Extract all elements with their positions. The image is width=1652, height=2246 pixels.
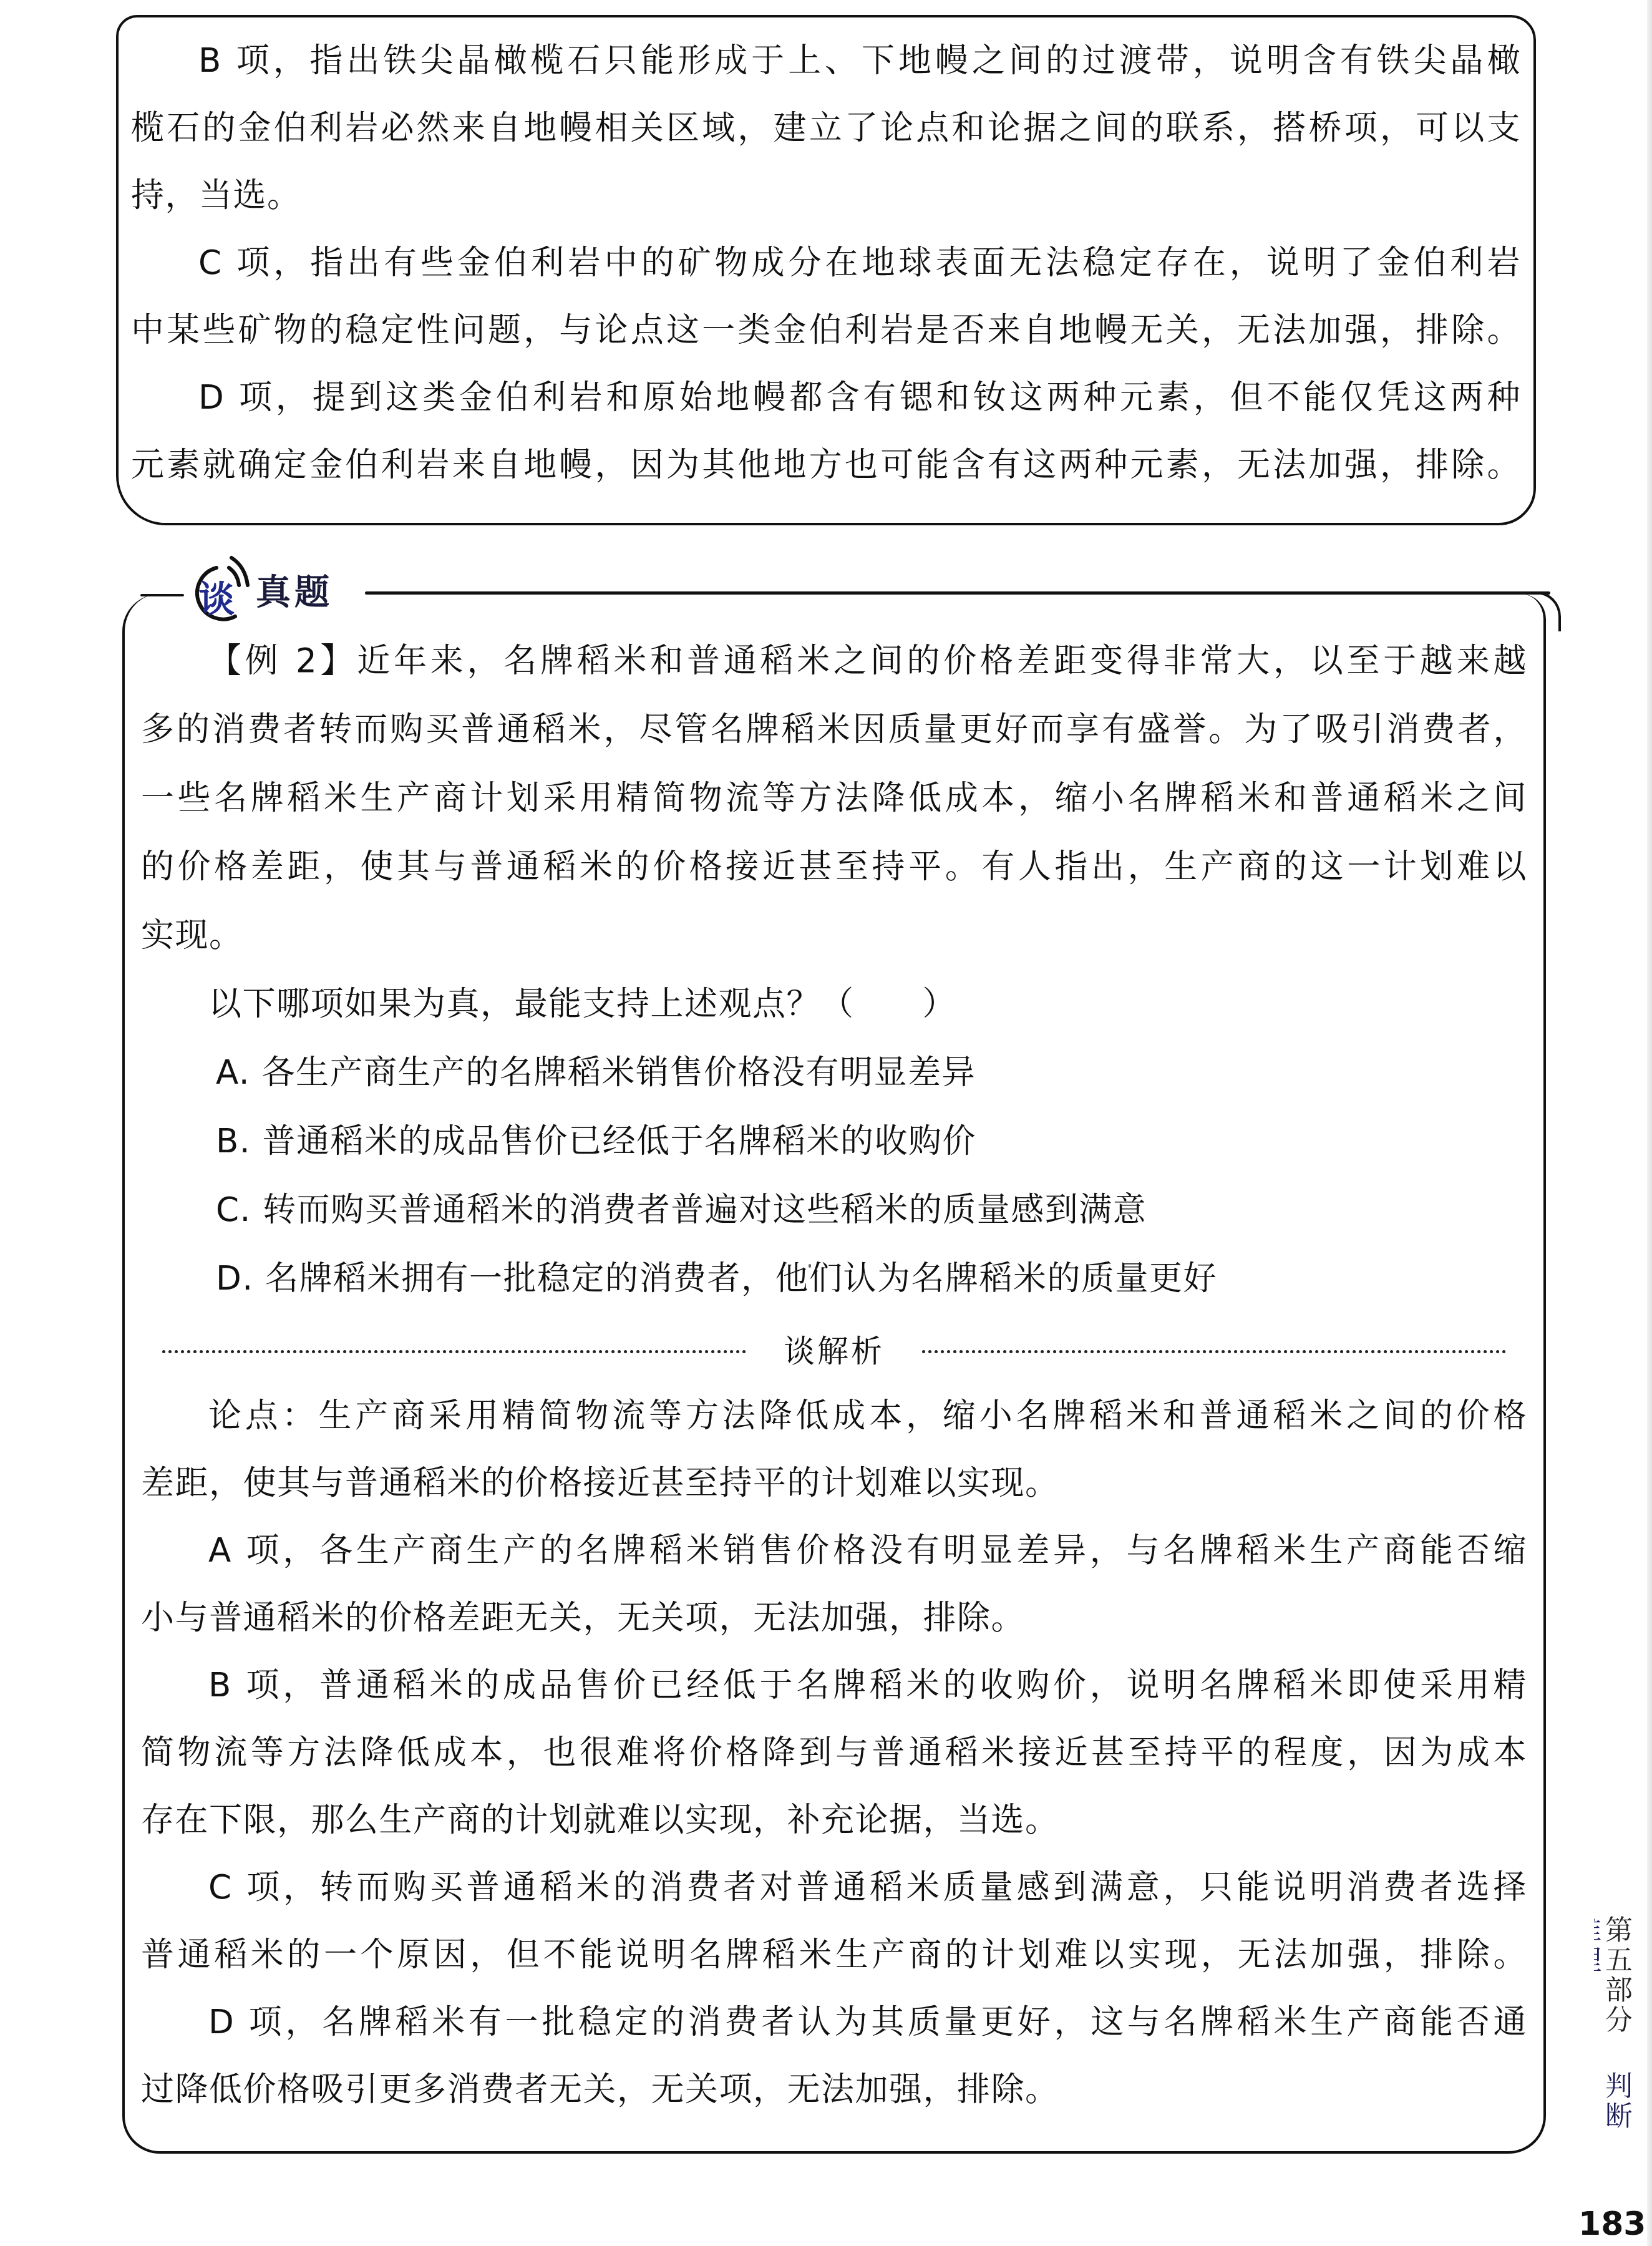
side-tab: 第五部分 判断推理 xyxy=(1594,1915,1631,2140)
stray-mark xyxy=(809,1264,811,1268)
analysis-divider: 谈解析 xyxy=(162,1318,1506,1385)
analysis-line: 元素就确定金伯利岩来自地幔，因为其他地方也可能含有这两种元素，无法加强，排除。 xyxy=(131,432,1521,499)
option-d[interactable]: D. 名牌稻米拥有一批稳定的消费者，他们认为名牌稻米的质量更好 xyxy=(216,1245,1527,1313)
page-edge xyxy=(1647,0,1652,2246)
example-tag: 【例 2】 xyxy=(208,642,357,680)
analysis-line: D 项，名牌稻米有一批稳定的消费者认为其质量更好，这与名牌稻米生产商能否通 xyxy=(141,1989,1527,2056)
analysis-line: A 项，各生产商生产的名牌稻米销售价格没有明显差异，与名牌稻米生产商能否缩 xyxy=(141,1517,1527,1585)
analysis-line: C 项，指出有些金伯利岩中的矿物成分在地球表面无法稳定存在，说明了金伯利岩 xyxy=(131,230,1521,297)
side-tab-part: 第五部分 xyxy=(1600,1915,1631,2035)
analysis-label: 谈解析 xyxy=(746,1318,922,1385)
analysis-line: 论点：生产商采用精简物流等方法降低成本，缩小名牌稻米和普通稻米之间的价格 xyxy=(141,1383,1527,1450)
analysis-line: 过降低价格吸引更多消费者无关，无关项，无法加强，排除。 xyxy=(141,2056,1527,2124)
analysis-line: 持，当选。 xyxy=(131,162,1521,230)
analysis-line: D 项，提到这类金伯利岩和原始地幔都含有锶和钕这两种元素，但不能仅凭这两种 xyxy=(131,364,1521,432)
example-box: 【例 2】近年来，名牌稻米和普通稻米之间的价格差距变得非常大，以至于越来越 多的… xyxy=(122,594,1546,2154)
divider-dash-left xyxy=(162,1350,746,1353)
analysis-line: 简物流等方法降低成本，也很难将价格降到与普通稻米接近甚至持平的程度，因为成本 xyxy=(141,1719,1527,1787)
analysis-line: 榄石的金伯利岩必然来自地幔相关区域，建立了论点和论据之间的联系，搭桥项，可以支 xyxy=(131,95,1521,162)
analysis-line: 普通稻米的一个原因，但不能说明名牌稻米生产商的计划难以实现，无法加强，排除。 xyxy=(141,1922,1527,1989)
previous-analysis-box: B 项，指出铁尖晶橄榄石只能形成于上、下地幔之间的过渡带，说明含有铁尖晶橄 榄石… xyxy=(116,15,1536,525)
analysis-line: 差距，使其与普通稻米的价格接近甚至持平的计划难以实现。 xyxy=(141,1450,1527,1517)
option-b[interactable]: B. 普通稻米的成品售价已经低于名牌稻米的收购价 xyxy=(216,1108,1527,1175)
question-prompt: 以下哪项如果为真，最能支持上述观点？（ ） xyxy=(141,971,1527,1038)
option-c[interactable]: C. 转而购买普通稻米的消费者普遍对这些稻米的质量感到满意 xyxy=(216,1177,1527,1244)
example-stem-line: 的价格差距，使其与普通稻米的价格接近甚至持平。有人指出，生产商的这一计划难以 xyxy=(141,834,1527,901)
analysis-line: 小与普通稻米的价格差距无关，无关项，无法加强，排除。 xyxy=(141,1585,1527,1652)
example-stem-line: 实现。 xyxy=(141,902,1527,970)
divider-dash-right xyxy=(922,1350,1506,1353)
example-stem-text: 近年来，名牌稻米和普通稻米之间的价格差距变得非常大，以至于越来越 xyxy=(357,642,1527,680)
example-stem-line: 【例 2】近年来，名牌稻米和普通稻米之间的价格差距变得非常大，以至于越来越 xyxy=(141,628,1527,695)
example-stem-line: 多的消费者转而购买普通稻米，尽管名牌稻米因质量更好而享有盛誉。为了吸引消费者， xyxy=(141,696,1527,764)
analysis-line: B 项，指出铁尖晶橄榄石只能形成于上、下地幔之间的过渡带，说明含有铁尖晶橄 xyxy=(131,27,1521,95)
analysis-line: B 项，普通稻米的成品售价已经低于名牌稻米的收购价，说明名牌稻米即使采用精 xyxy=(141,1652,1527,1719)
example-stem-line: 一些名牌稻米生产商计划采用精简物流等方法降低成本，缩小名牌稻米和普通稻米之间 xyxy=(141,765,1527,832)
analysis-line: C 项，转而购买普通稻米的消费者对普通稻米质量感到满意，只能说明消费者选择 xyxy=(141,1854,1527,1922)
option-a[interactable]: A. 各生产商生产的名牌稻米销售价格没有明显差异 xyxy=(216,1039,1527,1107)
analysis-line: 存在下限，那么生产商的计划就难以实现，补充论据，当选。 xyxy=(141,1787,1527,1854)
page-number: 183 xyxy=(1578,2205,1646,2243)
analysis-line: 中某些矿物的稳定性问题，与论点这一类金伯利岩是否来自地幔无关，无法加强，排除。 xyxy=(131,297,1521,364)
